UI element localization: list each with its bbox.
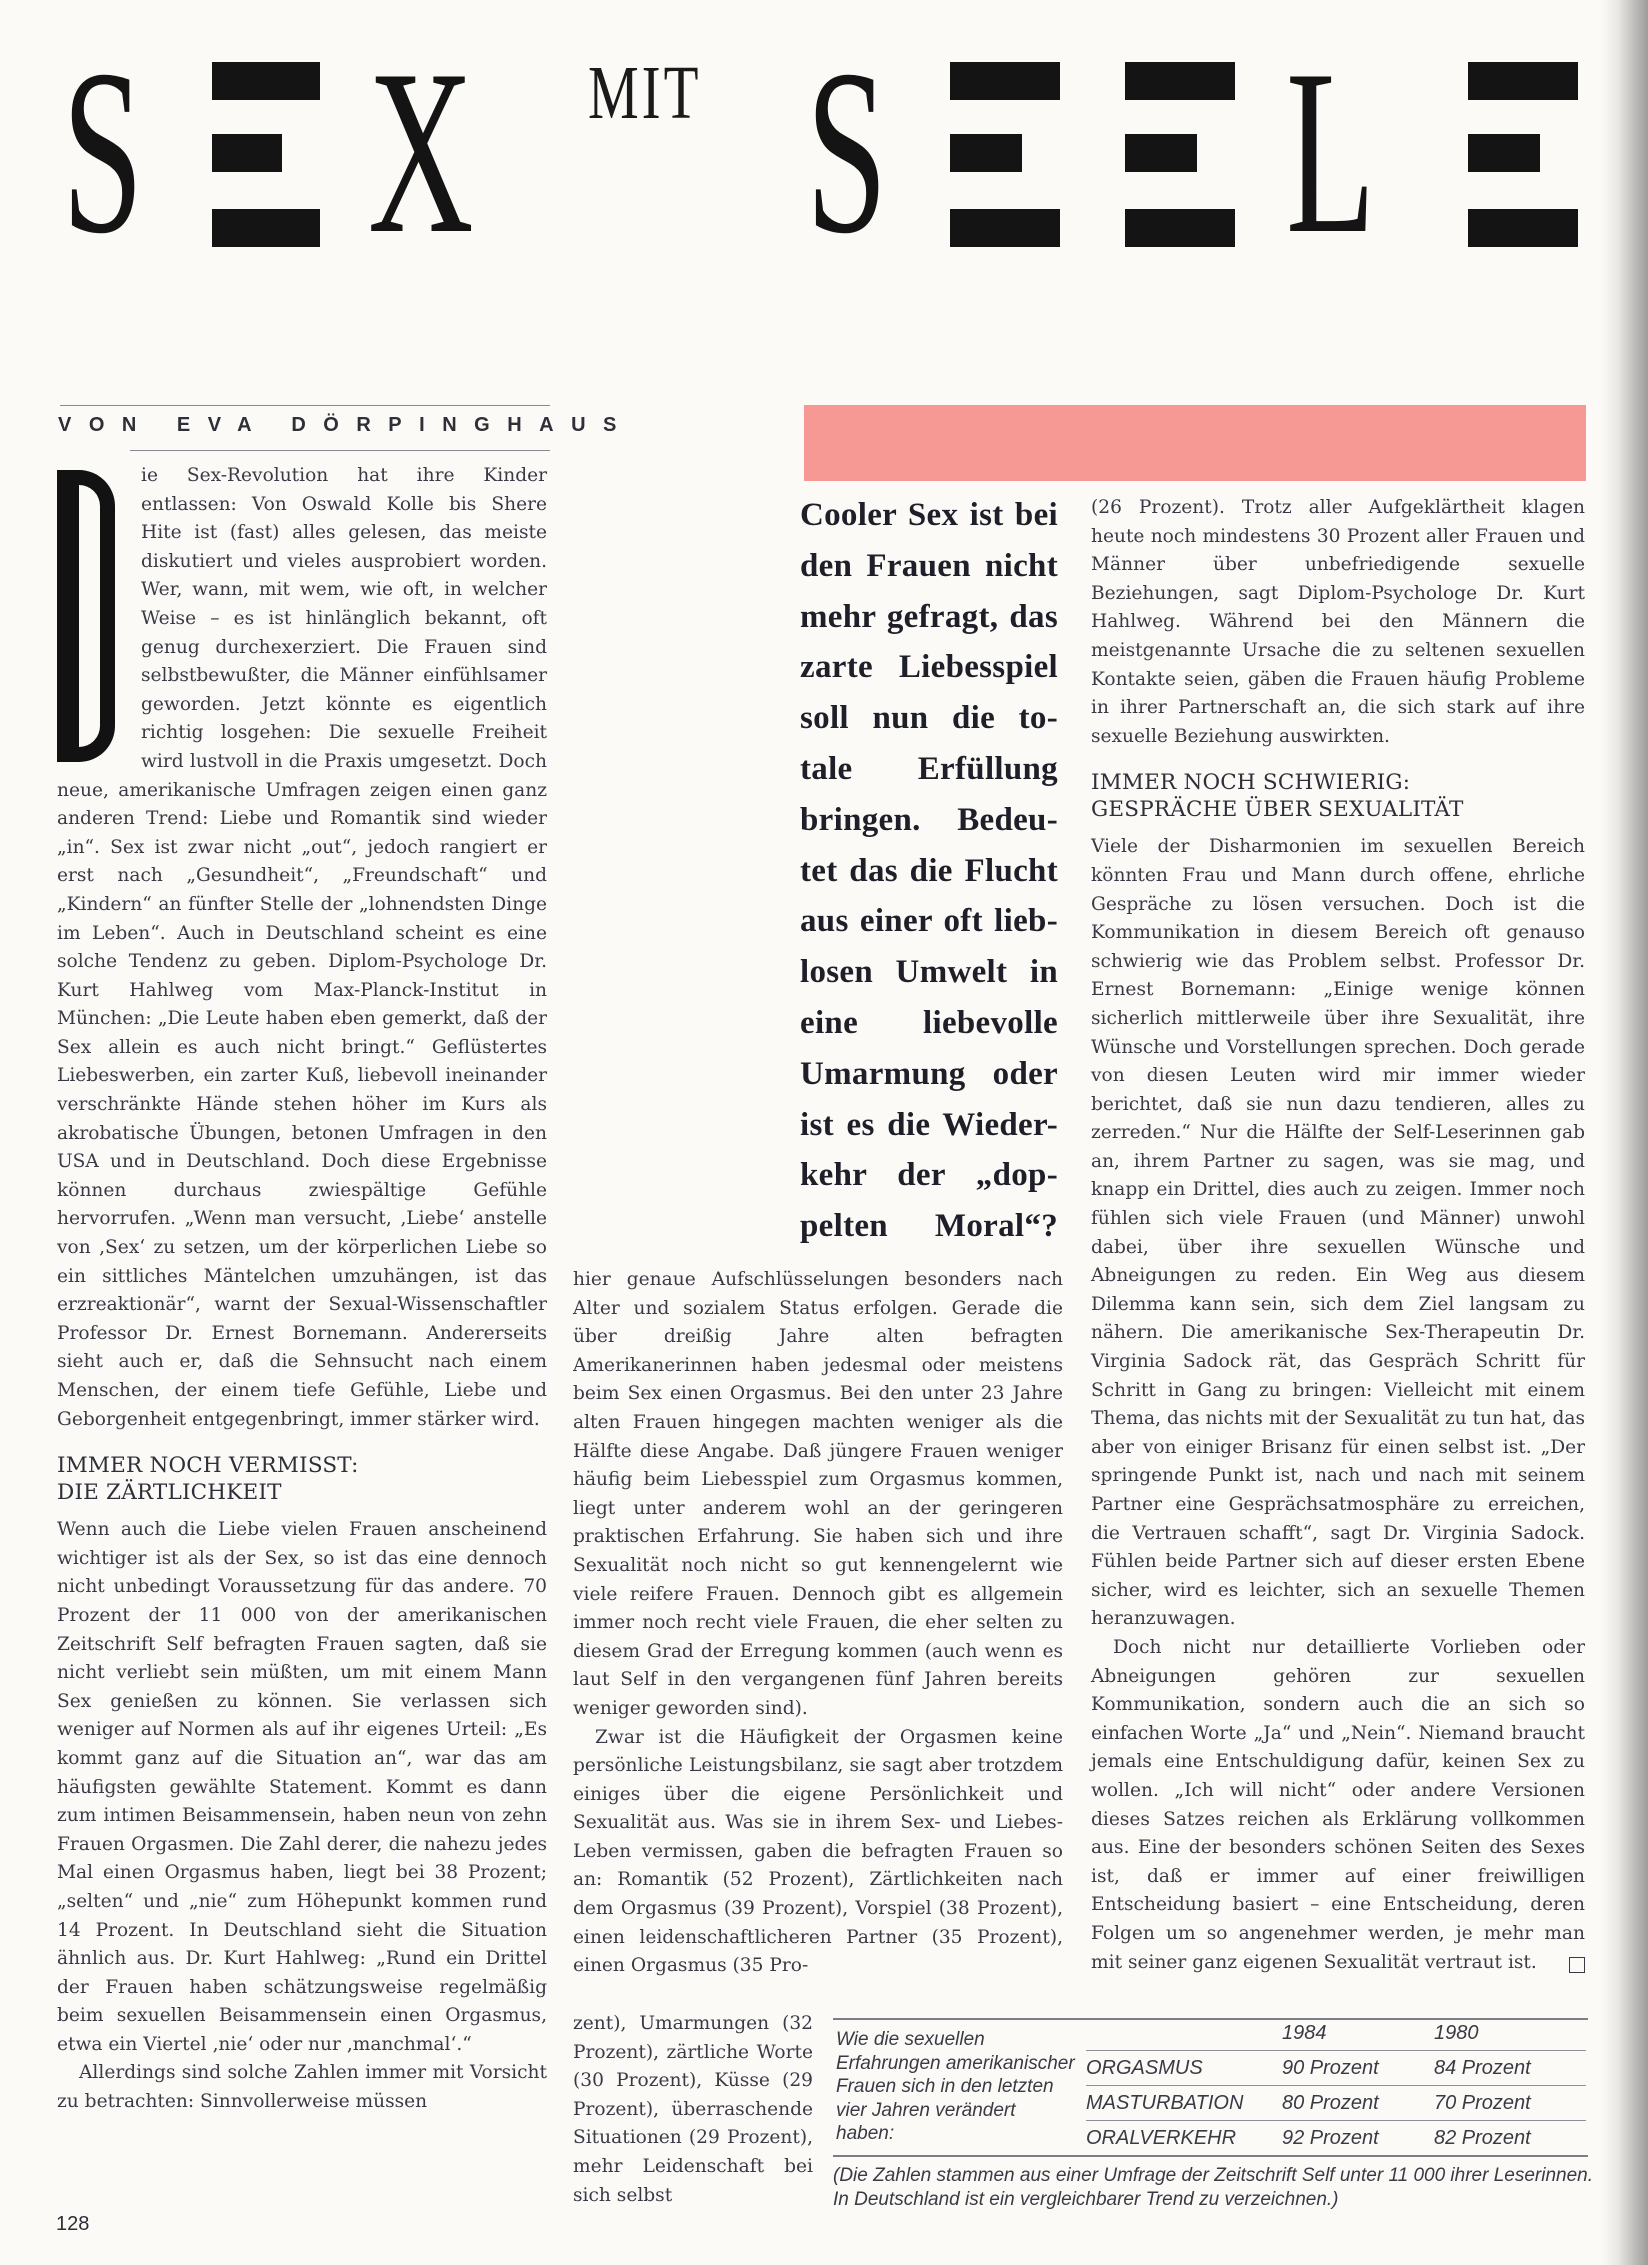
accent-bar bbox=[804, 405, 1586, 481]
title-letter-l: L bbox=[1286, 58, 1375, 248]
subhead-line: IMMER NOCH SCHWIERIG: bbox=[1091, 769, 1585, 796]
row-label: MASTURBATION bbox=[1086, 2086, 1282, 2121]
survey-table-grid: 1984 1980 ORGASMUS 90 Prozent 84 Prozent… bbox=[1086, 2018, 1586, 2155]
table-row: MASTURBATION 80 Prozent 70 Prozent bbox=[1086, 2086, 1586, 2121]
subhead-schwierig: IMMER NOCH SCHWIERIG: GESPRÄCHE ÜBER SEX… bbox=[1091, 769, 1585, 823]
title-letter-x: X bbox=[368, 58, 474, 248]
page-number: 128 bbox=[56, 2213, 89, 2236]
pull-quote-line: losen Umwelt in bbox=[800, 947, 1058, 998]
paragraph: zent), Umarmungen (32 Prozent), zärtlich… bbox=[573, 2010, 813, 2210]
paragraph: Viele der Disharmonien im sexuellen Bere… bbox=[1091, 833, 1585, 1634]
column-2: hier genaue Aufschlüsselungen besonders … bbox=[573, 1266, 1063, 1981]
paragraph: Wenn auch die Liebe vielen Frauen ansche… bbox=[57, 1516, 547, 2059]
paragraph: hier genaue Aufschlüsselungen besonders … bbox=[573, 1266, 1063, 1724]
pull-quote-line: ist es die Wieder- bbox=[800, 1100, 1058, 1151]
drop-cap-d bbox=[57, 462, 119, 764]
title-letter-s2: S bbox=[806, 58, 887, 248]
pull-quote-line: mehr gefragt, das bbox=[800, 592, 1058, 643]
row-label: ORALVERKEHR bbox=[1086, 2121, 1282, 2156]
table-header-row: 1984 1980 bbox=[1086, 2018, 1586, 2051]
pull-quote-line: Umarmung oder bbox=[800, 1049, 1058, 1100]
paragraph-text: Doch nicht nur detaillierte Vorlieben od… bbox=[1091, 1637, 1585, 1973]
cell-1980: 84 Prozent bbox=[1434, 2051, 1586, 2086]
table-row: ORALVERKEHR 92 Prozent 82 Prozent bbox=[1086, 2121, 1586, 2156]
pull-quote: Cooler Sex ist bei den Frauen nicht mehr… bbox=[800, 490, 1058, 1252]
page-gutter-shadow bbox=[1602, 0, 1648, 2265]
subhead-line: DIE ZÄRTLICHKEIT bbox=[57, 1479, 547, 1506]
paragraph: Allerdings sind solche Zahlen immer mit … bbox=[57, 2059, 547, 2116]
cell-1980: 70 Prozent bbox=[1434, 2086, 1586, 2121]
pull-quote-line: soll nun die to- bbox=[800, 693, 1058, 744]
table-row: ORGASMUS 90 Prozent 84 Prozent bbox=[1086, 2051, 1586, 2086]
title-letter-e4 bbox=[1468, 62, 1592, 252]
pull-quote-line: eine liebevolle bbox=[800, 998, 1058, 1049]
table-caption: Wie die sexuellen Erfahrungen amerikanis… bbox=[836, 2028, 1076, 2146]
pull-quote-line: tet das die Flucht bbox=[800, 846, 1058, 897]
cell-1984: 90 Prozent bbox=[1282, 2051, 1434, 2086]
paragraph: (26 Prozent). Trotz aller Aufgeklärtheit… bbox=[1091, 494, 1585, 751]
pull-quote-line: tale Erfüllung bbox=[800, 744, 1058, 795]
byline-rule-top bbox=[60, 405, 550, 406]
column-3: (26 Prozent). Trotz aller Aufgeklärtheit… bbox=[1091, 494, 1585, 1977]
intro-paragraph: ie Sex-Revolution hat ihre Kinder entlas… bbox=[57, 462, 547, 1434]
title-letter-e3 bbox=[1125, 62, 1249, 252]
column-header: 1980 bbox=[1434, 2018, 1586, 2051]
paragraph: Zwar ist die Häufigkeit der Orgasmen kei… bbox=[573, 1724, 1063, 1981]
pull-quote-line: Cooler Sex ist bei bbox=[800, 490, 1058, 541]
pull-quote-line: den Frauen nicht bbox=[800, 541, 1058, 592]
byline-rule-bottom bbox=[130, 450, 550, 451]
table-source-note: (Die Zahlen stammen aus einer Umfrage de… bbox=[833, 2164, 1593, 2211]
subhead-line: IMMER NOCH VERMISST: bbox=[57, 1452, 547, 1479]
pull-quote-line: zarte Liebesspiel bbox=[800, 642, 1058, 693]
pull-quote-line: pelten Moral“? bbox=[800, 1201, 1058, 1252]
pull-quote-line: aus einer oft lieb- bbox=[800, 896, 1058, 947]
subhead-line: GESPRÄCHE ÜBER SEXUALITÄT bbox=[1091, 796, 1585, 823]
column-header bbox=[1086, 2018, 1282, 2051]
pull-quote-line: bringen. Bedeu- bbox=[800, 795, 1058, 846]
title-letter-s1: S bbox=[62, 58, 143, 248]
end-of-article-icon bbox=[1569, 1957, 1585, 1973]
title-letter-e1 bbox=[212, 62, 336, 252]
row-label: ORGASMUS bbox=[1086, 2051, 1282, 2086]
paragraph: Doch nicht nur detaillierte Vorlieben od… bbox=[1091, 1634, 1585, 1977]
table-rule-bottom bbox=[833, 2155, 1588, 2157]
column-1: ie Sex-Revolution hat ihre Kinder entlas… bbox=[57, 462, 547, 2117]
title-letter-e2 bbox=[950, 62, 1074, 252]
pull-quote-line: kehr der „dop- bbox=[800, 1150, 1058, 1201]
cell-1980: 82 Prozent bbox=[1434, 2121, 1586, 2156]
title-connector: MIT bbox=[588, 58, 701, 128]
cell-1984: 92 Prozent bbox=[1282, 2121, 1434, 2156]
headline: S X MIT S L bbox=[0, 0, 1648, 270]
column-2-tail: zent), Umarmungen (32 Prozent), zärtlich… bbox=[573, 2010, 813, 2210]
column-header: 1984 bbox=[1282, 2018, 1434, 2051]
byline: VON EVA DÖRPINGHAUS bbox=[58, 414, 558, 437]
cell-1984: 80 Prozent bbox=[1282, 2086, 1434, 2121]
subhead-vermisst: IMMER NOCH VERMISST: DIE ZÄRTLICHKEIT bbox=[57, 1452, 547, 1506]
